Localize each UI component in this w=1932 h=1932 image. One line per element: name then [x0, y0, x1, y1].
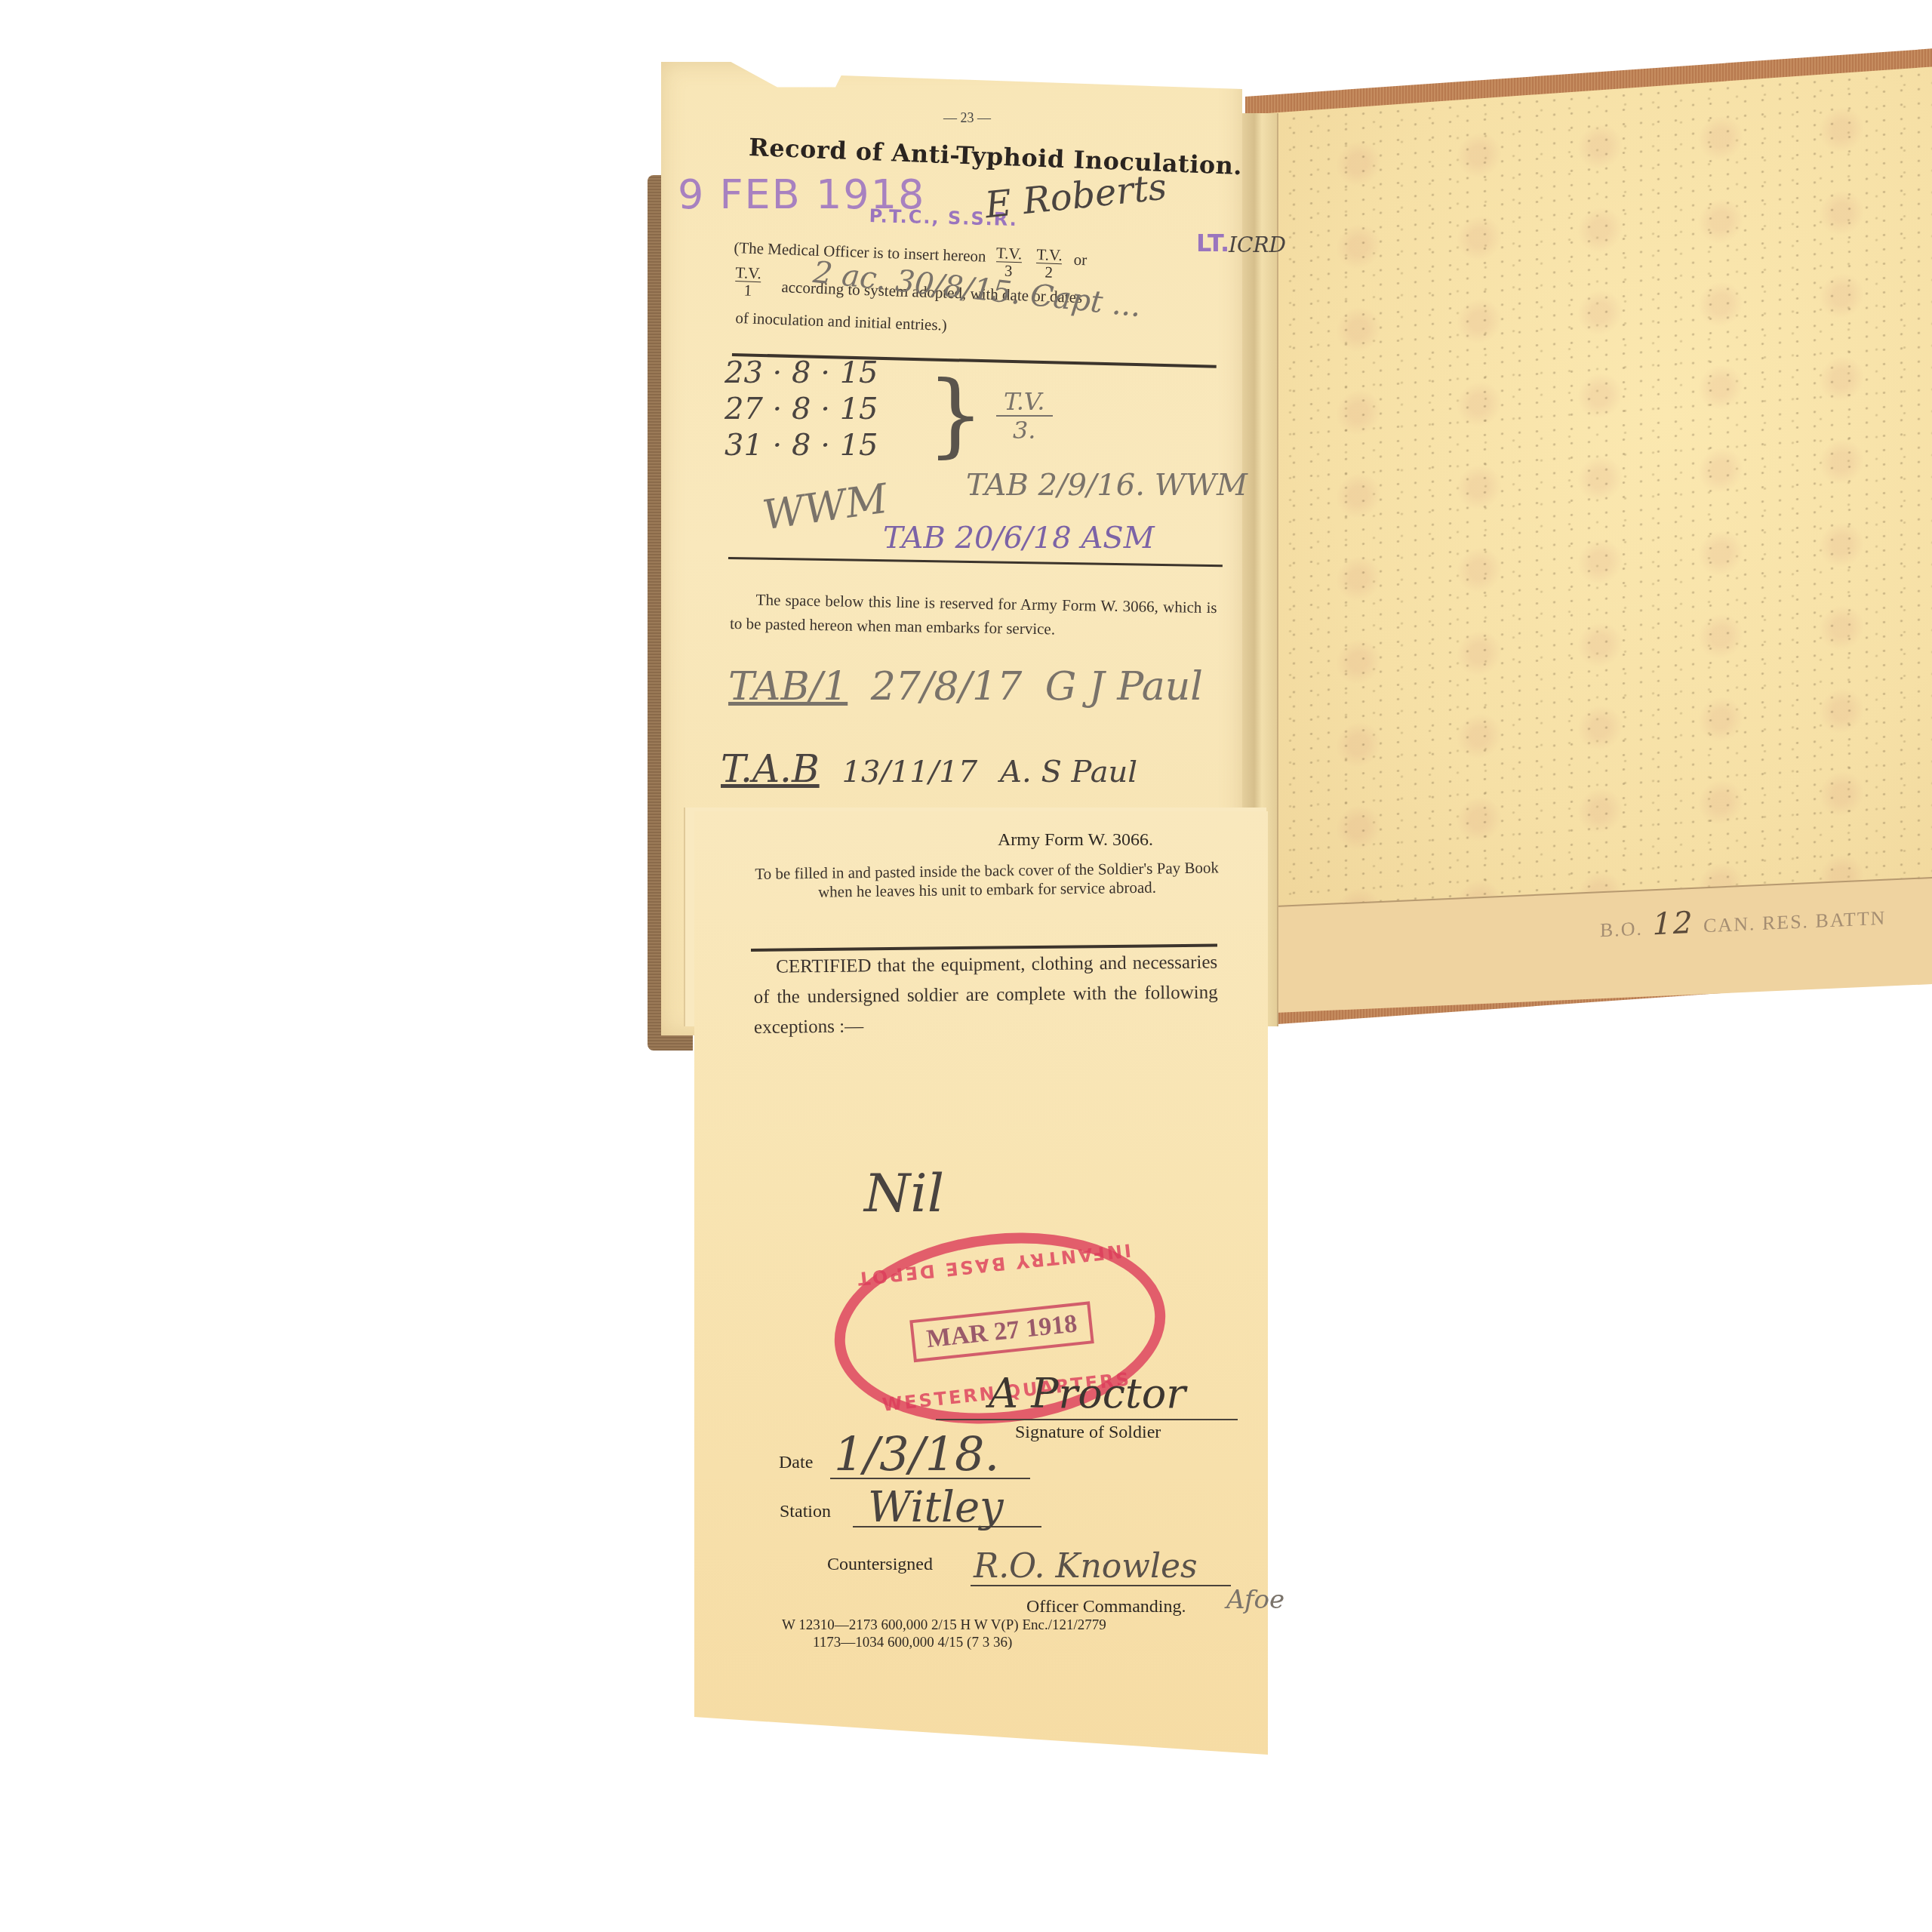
station-line — [853, 1526, 1041, 1527]
reserved-entry-2-signature: A. S Paul — [1000, 755, 1137, 789]
pocket-label-suffix: CAN. RES. BATTN — [1703, 907, 1886, 937]
handwritten-tab-entry-1916: TAB 2/9/16. WWM — [966, 468, 1247, 503]
inoculation-type: T.V. 3. — [996, 388, 1053, 444]
fraction-num: T.V. — [735, 264, 761, 282]
print-code-line-2: 1173—1034 600,000 4/15 (7 3 36) — [813, 1635, 1012, 1651]
station-value: Witley — [868, 1483, 1004, 1532]
inoculation-date-1: 23 · 8 · 15 — [724, 355, 878, 391]
stamp-date-box: MAR 27 1918 — [909, 1301, 1094, 1362]
officer-suffix-handwritten: Afoe — [1226, 1585, 1284, 1615]
countersigned-line — [971, 1585, 1231, 1586]
inoculation-dates: 23 · 8 · 15 27 · 8 · 15 31 · 8 · 15 — [724, 355, 878, 463]
signature-label: Signature of Soldier — [1015, 1423, 1161, 1443]
reserved-entry-1: TAB/1 27/8/17 G J Paul — [728, 664, 1203, 709]
reserved-entry-1-label: TAB/1 — [728, 664, 848, 709]
foxing-texture — [1268, 66, 1932, 936]
fraction-tv-1: T.V. 1 — [734, 264, 761, 299]
reserved-entry-2-label: T.A.B — [721, 747, 820, 791]
countersigned-label: Countersigned — [827, 1555, 933, 1575]
reserved-space-notice: The space below this line is reserved fo… — [730, 587, 1217, 644]
pocket-label-prefix: B.O. — [1600, 918, 1643, 941]
exceptions-handwritten: Nil — [864, 1162, 944, 1224]
inoculation-type-den: 3. — [996, 417, 1053, 444]
soldier-signature: A Proctor — [989, 1370, 1186, 1417]
or-word: or — [1073, 251, 1087, 269]
pocket-label-handwritten: 12 — [1653, 906, 1694, 942]
page-number: — 23 — — [943, 110, 991, 126]
countersigned-value: R.O. Knowles — [974, 1547, 1198, 1586]
certification-text: CERTIFIED that the equipment, clothing a… — [753, 948, 1218, 1043]
print-code-line-1: W 12310—2173 600,000 2/15 H W V(P) Enc./… — [782, 1617, 1106, 1634]
date-label: Date — [779, 1453, 813, 1473]
date-value: 1/3/18. — [834, 1426, 999, 1481]
violet-rank-stamp: LT. — [1196, 229, 1229, 257]
signature-line — [936, 1419, 1238, 1420]
fraction-num: T.V. — [1036, 246, 1063, 264]
form-id: Army Form W. 3066. — [998, 830, 1153, 851]
handwritten-tab-entry-1918: TAB 20/6/18 ASM — [883, 521, 1155, 555]
reserved-entry-2-date: 13/11/17 — [842, 755, 978, 789]
slip-instruction: To be filled in and pasted inside the ba… — [755, 858, 1220, 903]
station-label: Station — [780, 1502, 831, 1522]
reserved-entry-1-signature: G J Paul — [1045, 664, 1203, 709]
reserved-entry-1-date: 27/8/17 — [871, 664, 1022, 709]
inoculation-type-num: T.V. — [996, 388, 1053, 417]
fraction-den: 1 — [734, 281, 761, 299]
inoculation-date-2: 27 · 8 · 15 — [724, 391, 878, 427]
reserved-entry-2: T.A.B 13/11/17 A. S Paul — [721, 747, 1137, 791]
fraction-num: T.V. — [996, 245, 1023, 263]
inoculation-date-3: 31 · 8 · 15 — [724, 427, 878, 463]
brace-glyph: } — [927, 362, 984, 467]
unit-suffix-handwritten: ICRD — [1229, 232, 1286, 257]
pocket-label: B.O. 12 CAN. RES. BATTN — [1600, 897, 1886, 945]
inside-back-cover-page — [1268, 66, 1932, 936]
date-line — [830, 1478, 1030, 1479]
officer-commanding-label: Officer Commanding. — [1026, 1597, 1186, 1617]
